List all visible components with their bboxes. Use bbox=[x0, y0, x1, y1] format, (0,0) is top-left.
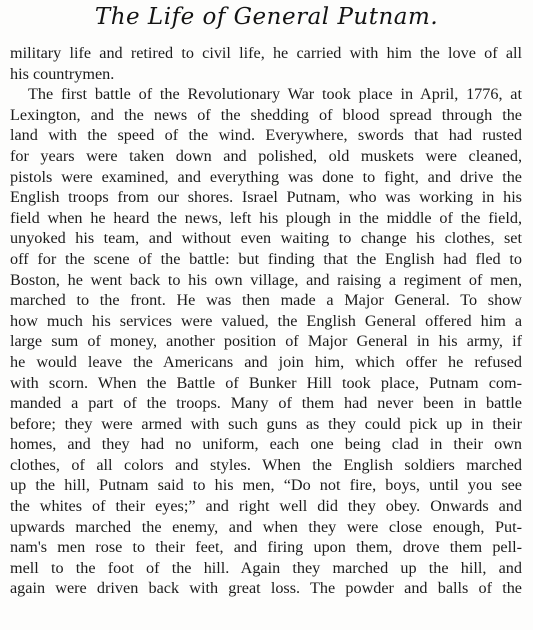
text-line: English troops from our shores. Israel P… bbox=[10, 187, 522, 208]
text-line: homes, and they had no uniform, each one… bbox=[10, 434, 522, 455]
paragraph-2: The first battle of the Revolutionary Wa… bbox=[10, 84, 522, 619]
text-line: pistols were examined, and everything wa… bbox=[10, 167, 522, 188]
text-line: Lexington, and the news of the shedding … bbox=[10, 105, 522, 126]
text-line: The first battle of the Revolutionary Wa… bbox=[10, 84, 522, 105]
text-line: the whites of their eyes;” and right wel… bbox=[10, 496, 522, 517]
book-page: The Life of General Putnam. military lif… bbox=[0, 0, 533, 630]
text-line: again were driven back with great loss. … bbox=[10, 578, 522, 599]
text-line: before; they were armed with such guns a… bbox=[10, 414, 522, 435]
text-line: manded a part of the troops. Many of the… bbox=[10, 393, 522, 414]
paragraph-1: military life and retired to civil life,… bbox=[10, 43, 522, 84]
text-line: large sum of money, another position of … bbox=[10, 331, 522, 352]
text-line: unyoked his team, and without even waiti… bbox=[10, 228, 522, 249]
text-line: mell to the foot of the hill. Again they… bbox=[10, 558, 522, 579]
text-line bbox=[10, 599, 522, 620]
text-line: marched to the front. He was then made a… bbox=[10, 290, 522, 311]
running-header-title: The Life of General Putnam. bbox=[0, 4, 533, 30]
text-line: clothes, of all colors and styles. When … bbox=[10, 455, 522, 476]
text-line: field when he heard the news, left his p… bbox=[10, 208, 522, 229]
text-line: Boston, he went back to his own village,… bbox=[10, 270, 522, 291]
text-line: his countrymen. bbox=[10, 64, 522, 85]
text-line: nam's men rose to their feet, and firing… bbox=[10, 537, 522, 558]
text-line: military life and retired to civil life,… bbox=[10, 43, 522, 64]
text-line: how much his services were valued, the E… bbox=[10, 311, 522, 332]
text-line: land with the speed of the wind. Everywh… bbox=[10, 125, 522, 146]
text-line: off for the scene of the battle: but fin… bbox=[10, 249, 522, 270]
text-line: upwards marched the enemy, and when they… bbox=[10, 517, 522, 538]
text-line: up the hill, Putnam said to his men, “Do… bbox=[10, 475, 522, 496]
text-line: he would leave the Americans and join hi… bbox=[10, 352, 522, 373]
page-body-text: military life and retired to civil life,… bbox=[10, 43, 522, 620]
text-line: for years were taken down and polished, … bbox=[10, 146, 522, 167]
text-line: with scorn. When the Battle of Bunker Hi… bbox=[10, 373, 522, 394]
